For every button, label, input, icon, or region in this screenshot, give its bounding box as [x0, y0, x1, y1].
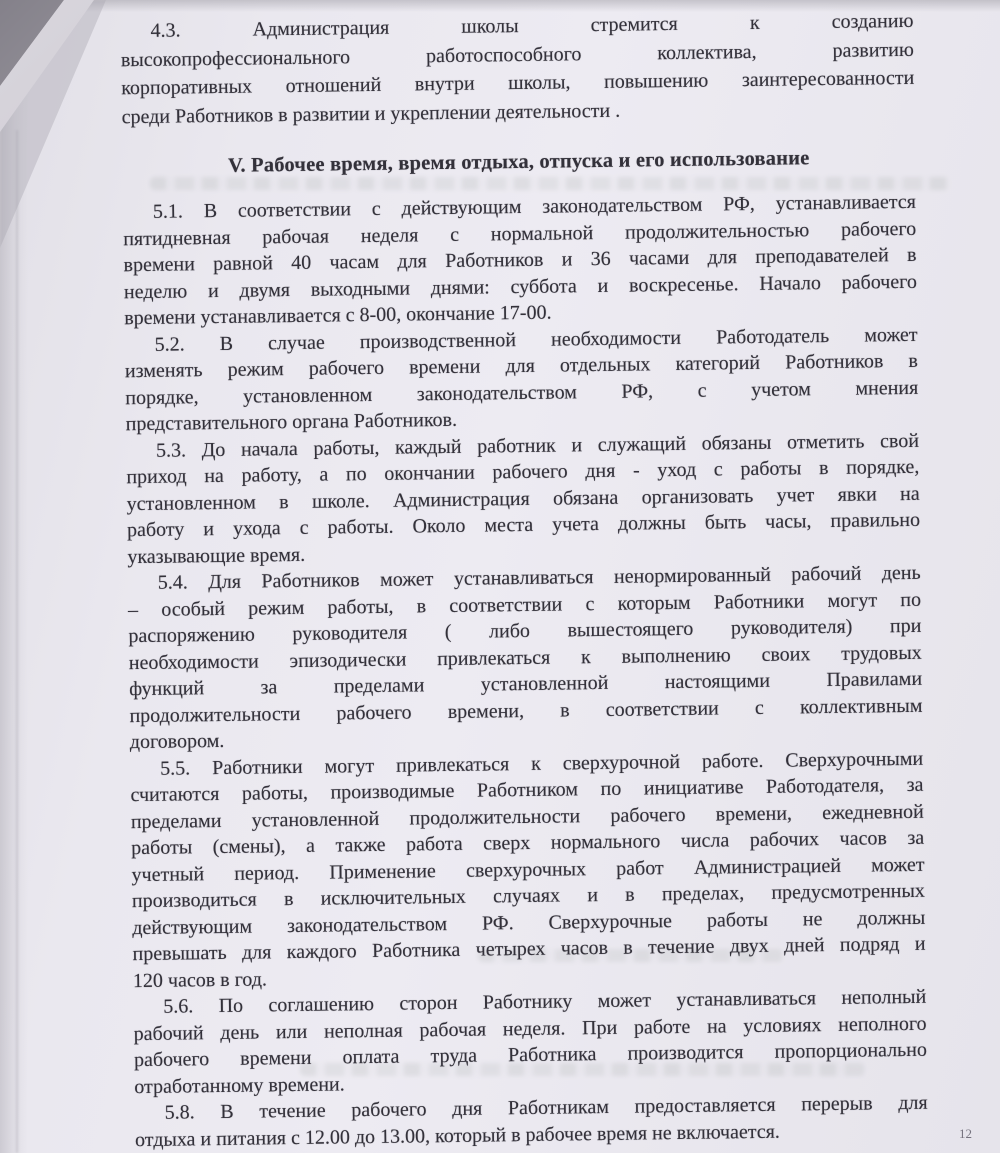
page-crease-artifact: [16, 130, 18, 1153]
paragraph: 5.8. В течение рабочего дня Работникам п…: [135, 1090, 929, 1153]
paragraph: 5.5. Работники могут привлекаться к свер…: [130, 746, 926, 995]
paragraph: 5.2. В случае производственной необходим…: [124, 322, 918, 438]
page-number: 12: [959, 1126, 972, 1142]
section-heading: V. Рабочее время, время отдыха, отпуска …: [122, 143, 915, 181]
scanned-document-page: 4.3. Администрация школы стремится к соз…: [0, 0, 1000, 1153]
document-text: 4.3. Администрация школы стремится к соз…: [120, 7, 928, 1153]
paragraph: 5.6. По соглашению сторон Работнику може…: [133, 984, 927, 1100]
paragraph: 5.1. В соответствии с действующим законо…: [123, 189, 918, 332]
paragraph: 5.3. До начала работы, каждый работник и…: [126, 428, 921, 571]
paragraph: 5.4. Для Работников может устанавливатьс…: [128, 560, 923, 756]
paragraph: 4.3. Администрация школы стремится к соз…: [120, 7, 914, 132]
